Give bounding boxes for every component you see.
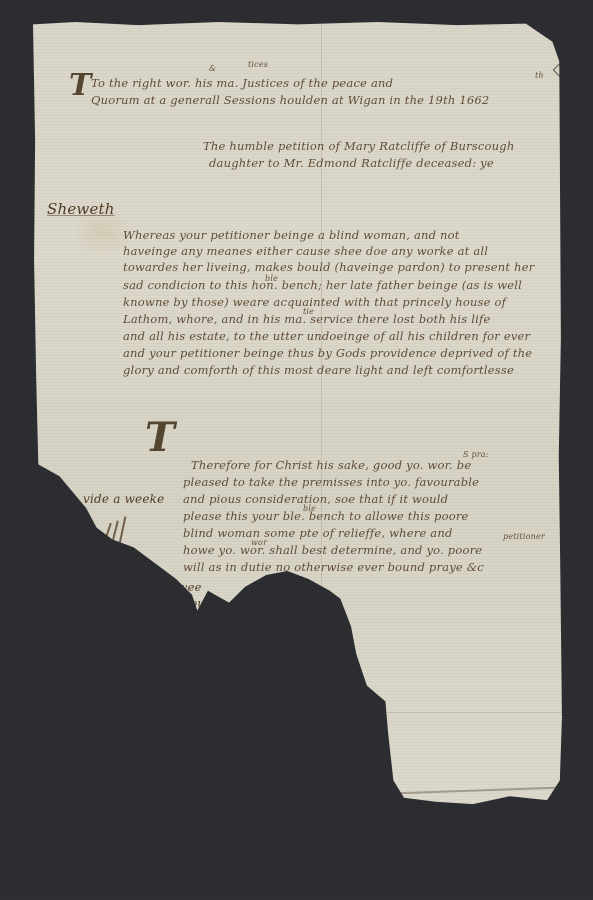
body-line: will as in dutie no otherwise ever bound… xyxy=(183,560,484,574)
body-line: Therefore for Christ his sake, good yo. … xyxy=(191,458,471,472)
body-line: towardes her liveing, makes bould (havei… xyxy=(123,260,534,274)
body-line: haveinge any meanes either cause shee do… xyxy=(123,244,488,258)
body-line: howe yo. wor. shall best determine, and … xyxy=(183,543,482,557)
address-line-1: To the right wor. his ma. Justices of th… xyxy=(91,76,393,90)
petition-title-line-1: The humble petition of Mary Ratcliffe of… xyxy=(203,139,514,153)
body-line: Whereas your petitioner beinge a blind w… xyxy=(123,228,460,242)
body-line: and all his estate, to the utter undoein… xyxy=(123,329,530,343)
address-line-1-sup: th xyxy=(535,71,544,80)
body-sup: petitioner xyxy=(503,532,545,541)
margin-note: vide a weeke xyxy=(83,492,164,506)
salutation-sheweth: Sheweth xyxy=(47,200,115,218)
body-line: blind woman some pte of relieffe, where … xyxy=(183,526,453,540)
paragraph-2-initial: T xyxy=(145,414,175,461)
body-line: please this your ble. bench to allowe th… xyxy=(183,509,469,523)
body-line: sad condicion to this hon. bench; her la… xyxy=(123,278,522,292)
address-initial: T xyxy=(69,68,92,103)
address-sup-left: & xyxy=(209,64,216,73)
address-line-2: Quorum at a generall Sessions houlden at… xyxy=(91,93,489,107)
body-line: and your petitioner beinge thus by Gods … xyxy=(123,346,532,360)
address-sup-right: tices xyxy=(248,60,268,69)
body-line: Lathom, whore, and in his ma. service th… xyxy=(123,312,490,326)
body-line: pleased to take the premisses into yo. f… xyxy=(183,475,479,489)
body-line: knowne by those) weare acquainted with t… xyxy=(123,295,506,309)
body-line: glory and comforth of this most deare li… xyxy=(123,363,514,377)
petition-title-line-2: daughter to Mr. Edmond Ratcliffe decease… xyxy=(209,156,494,170)
